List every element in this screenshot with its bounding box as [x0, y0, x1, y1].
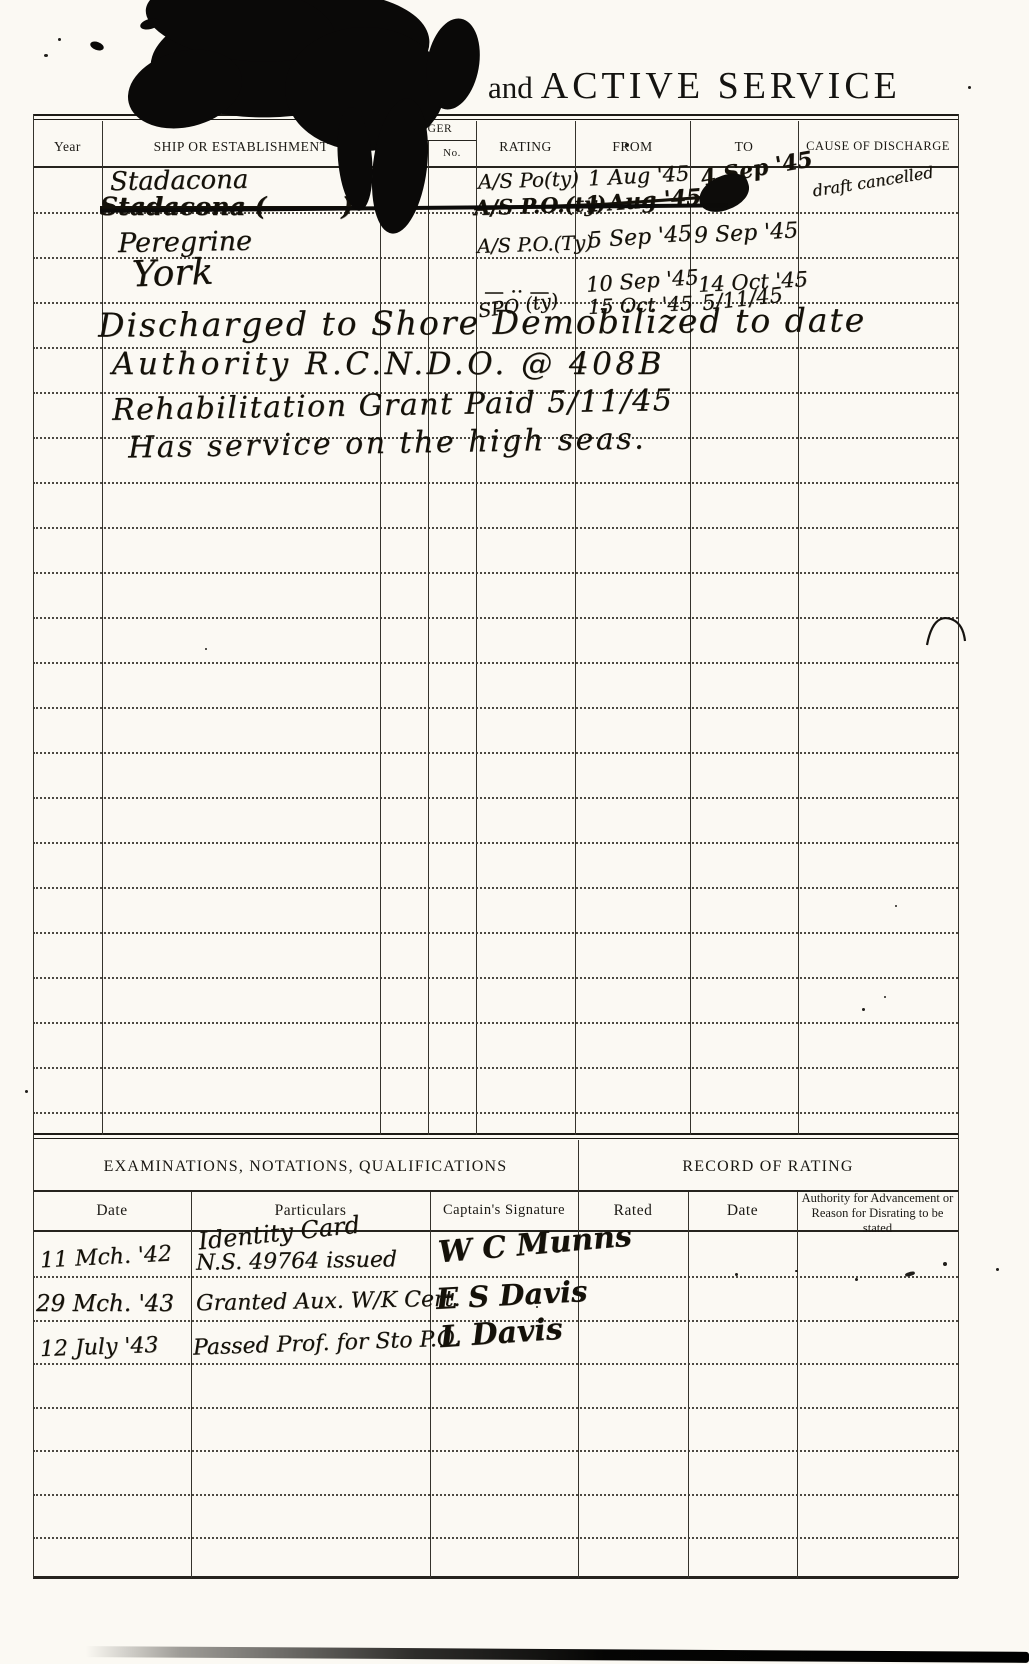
column-rule [33, 114, 34, 1140]
column-rule [797, 1192, 798, 1578]
column-rule [476, 121, 477, 1135]
dotted-rule [33, 1494, 958, 1496]
ink-speck [536, 1306, 538, 1308]
dotted-rule [33, 1363, 958, 1365]
col-header-rating-date: Date [688, 1202, 797, 1220]
dotted-rule [33, 977, 958, 979]
col-header-captains-signature: Captain's Signature [430, 1202, 578, 1219]
column-rule [380, 121, 381, 1135]
ink-speck [968, 86, 971, 89]
ink-speck [996, 1268, 999, 1271]
column-rule [688, 1192, 689, 1578]
note-discharged: Discharged to Shore Demobilized to date [98, 303, 866, 341]
dotted-rule [33, 617, 958, 619]
double-rule-section-divider [33, 1133, 958, 1139]
exam-signature-2: E S Davis [435, 1277, 588, 1314]
col-header-authority: Authority for Advancement or Reason for … [799, 1191, 956, 1235]
dotted-rule [33, 572, 958, 574]
dotted-rule [33, 662, 958, 664]
ink-speck [795, 1270, 798, 1272]
entry-to-3: 9 Sep '45 [693, 220, 798, 247]
dotted-rule [33, 1537, 958, 1539]
note-authority: Authority R.C.N.D.O. @ 408B [112, 349, 665, 380]
exam-particulars-1b: N.S. 49764 issued [196, 1249, 397, 1275]
ink-speck [862, 1008, 865, 1011]
col-header-rated: Rated [578, 1202, 688, 1220]
dotted-rule [33, 887, 958, 889]
exam-date-1: 11 Mch. '42 [40, 1244, 173, 1273]
ink-speck [895, 905, 897, 907]
column-rule [191, 1192, 192, 1578]
dotted-rule [33, 482, 958, 484]
entry-from-3: 5 Sep '45 [587, 223, 692, 252]
dotted-rule [33, 527, 958, 529]
ink-speck [855, 1278, 858, 1281]
exam-date-3: 12 July '43 [40, 1335, 159, 1361]
col-header-exam-date: Date [33, 1202, 191, 1220]
ink-speck [735, 1273, 738, 1276]
column-rule [958, 1140, 959, 1578]
column-rule [575, 121, 576, 1135]
entry-ship-4: York [131, 255, 214, 294]
column-rule [428, 141, 429, 1135]
dotted-rule [33, 752, 958, 754]
table-bottom-rule [33, 1576, 958, 1579]
note-high-seas: Has service on the high seas. [128, 424, 647, 463]
scan-edge-streak [85, 1646, 1029, 1663]
col-header-cause: CAUSE OF DISCHARGE [798, 139, 958, 154]
dotted-rule [33, 707, 958, 709]
exam-date-2: 29 Mch. '43 [36, 1293, 174, 1316]
exam-signature-1: W C Munns [437, 1222, 633, 1269]
ink-speck [625, 143, 629, 147]
exam-signature-3: L Davis [439, 1315, 564, 1353]
column-rule [102, 121, 103, 1135]
dotted-rule [33, 1276, 958, 1278]
section-title-record-of-rating: RECORD OF RATING [578, 1158, 958, 1176]
ink-speck [205, 648, 207, 650]
ink-blot [55, 0, 595, 244]
dotted-rule [33, 1450, 958, 1452]
ink-speck [884, 996, 886, 998]
pen-mark-right-edge [925, 605, 967, 651]
ink-speck [943, 1262, 947, 1266]
ink-speck [25, 1090, 28, 1093]
entry-cause-2: draft cancelled [811, 165, 934, 200]
exam-particulars-3: Passed Prof. for Sto P.O. [193, 1328, 461, 1359]
column-rule [430, 1192, 431, 1578]
dotted-rule [33, 797, 958, 799]
dotted-rule [33, 842, 958, 844]
note-rehabilitation: Rehabilitation Grant Paid 5/11/45 [112, 386, 674, 426]
section-title-examinations: EXAMINATIONS, NOTATIONS, QUALIFICATIONS [33, 1158, 578, 1176]
document-page: N andACTIVE SERVICE Year SHIP OR ESTABLI… [0, 0, 1029, 1664]
dotted-rule [33, 1022, 958, 1024]
dotted-rule [33, 1112, 958, 1114]
dotted-rule [33, 932, 958, 934]
ink-speck [44, 54, 48, 57]
exam-particulars-2: Granted Aux. W/K Cert. [196, 1289, 461, 1316]
dotted-rule [33, 1067, 958, 1069]
dotted-rule [33, 1407, 958, 1409]
